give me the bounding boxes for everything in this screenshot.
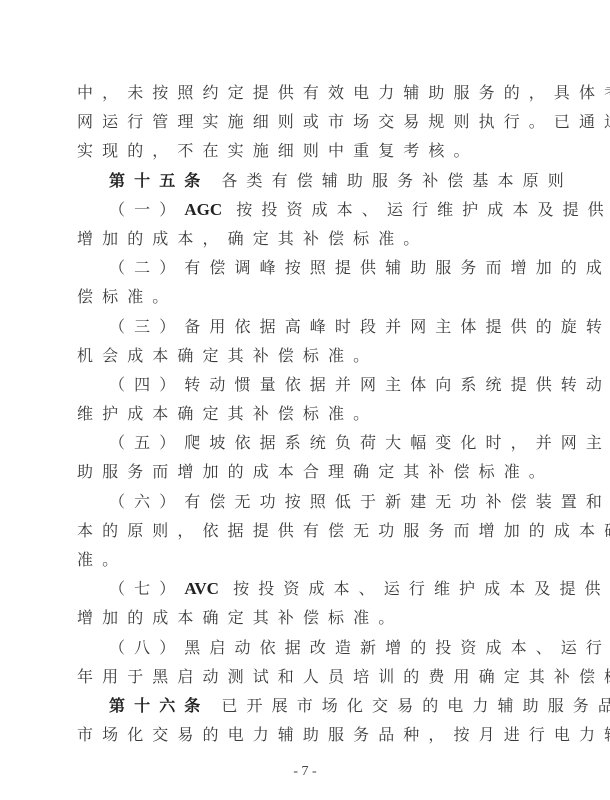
item-4-line: （四）转动惯量依据并网主体向系统提供转动惯量设备的 [77,370,537,399]
item-5-line: （五）爬坡依据系统负荷大幅变化时，并网主体提供爬坡辅 [77,428,537,457]
document-body: 中，未按照约定提供有效电力辅助服务的，具体考核依照电力并 网运行管理实施细则或市… [77,78,537,749]
text-line: 中，未按照约定提供有效电力辅助服务的，具体考核依照电力并 [77,78,537,107]
item-text: 按投资成本、运行维护成本及提供 [222,200,610,219]
text-line: 本的原则，依据提供有偿无功服务而增加的成本确定其补偿标 [77,516,537,545]
text-line: 增加的成本，确定其补偿标准。 [77,224,537,253]
item-label: （一） [109,200,184,219]
article-16-heading-line: 第十六条已开展市场化交易的电力辅助服务品种和未开展 [77,691,537,720]
article-15-number: 第十五条 [109,171,209,190]
item-3-line: （三）备用依据高峰时段并网主体提供的旋转备用损失的 [77,312,537,341]
text-line: 实现的，不在实施细则中重复考核。 [77,136,537,165]
text-line: 偿标准。 [77,282,537,311]
text-line: 增加的成本确定其补偿标准。 [77,603,537,632]
item-term: AVC [184,579,219,598]
text-line: 市场化交易的电力辅助服务品种，按月进行电力辅助服务补偿清 [77,720,537,749]
item-term: AGC [184,200,222,219]
page-number: - 7 - [0,764,610,780]
article-15-title: 各类有偿辅助服务补偿基本原则 [221,171,572,190]
item-text: 按投资成本、运行维护成本及提供 [219,579,610,598]
item-1-line: （一）AGC 按投资成本、运行维护成本及提供 AGC 服务而 [77,195,537,224]
document-page: 中，未按照约定提供有效电力辅助服务的，具体考核依照电力并 网运行管理实施细则或市… [0,0,610,800]
item-6-line: （六）有偿无功按照低于新建无功补偿装置和运行维护成 [77,487,537,516]
text-line: 维护成本确定其补偿标准。 [77,399,537,428]
item-7-line: （七）AVC 按投资成本、运行维护成本及提供 AVC 服务而 [77,574,537,603]
article-16-number: 第十六条 [109,696,209,715]
article-15-heading-line: 第十五条各类有偿辅助服务补偿基本原则 [77,166,537,195]
text-line: 助服务而增加的成本合理确定其补偿标准。 [77,457,537,486]
text-line: 年用于黑启动测试和人员培训的费用确定其补偿标准。 [77,662,537,691]
item-8-line: （八）黑启动依据改造新增的投资成本、运行维护成本、每 [77,633,537,662]
article-16-text: 已开展市场化交易的电力辅助服务品种和未开展 [221,696,610,715]
text-line: 准。 [77,545,537,574]
item-2-line: （二）有偿调峰按照提供辅助服务而增加的成本，确定其补 [77,253,537,282]
item-label: （七） [109,579,184,598]
text-line: 机会成本确定其补偿标准。 [77,341,537,370]
text-line: 网运行管理实施细则或市场交易规则执行。已通过市场机制完全 [77,107,537,136]
